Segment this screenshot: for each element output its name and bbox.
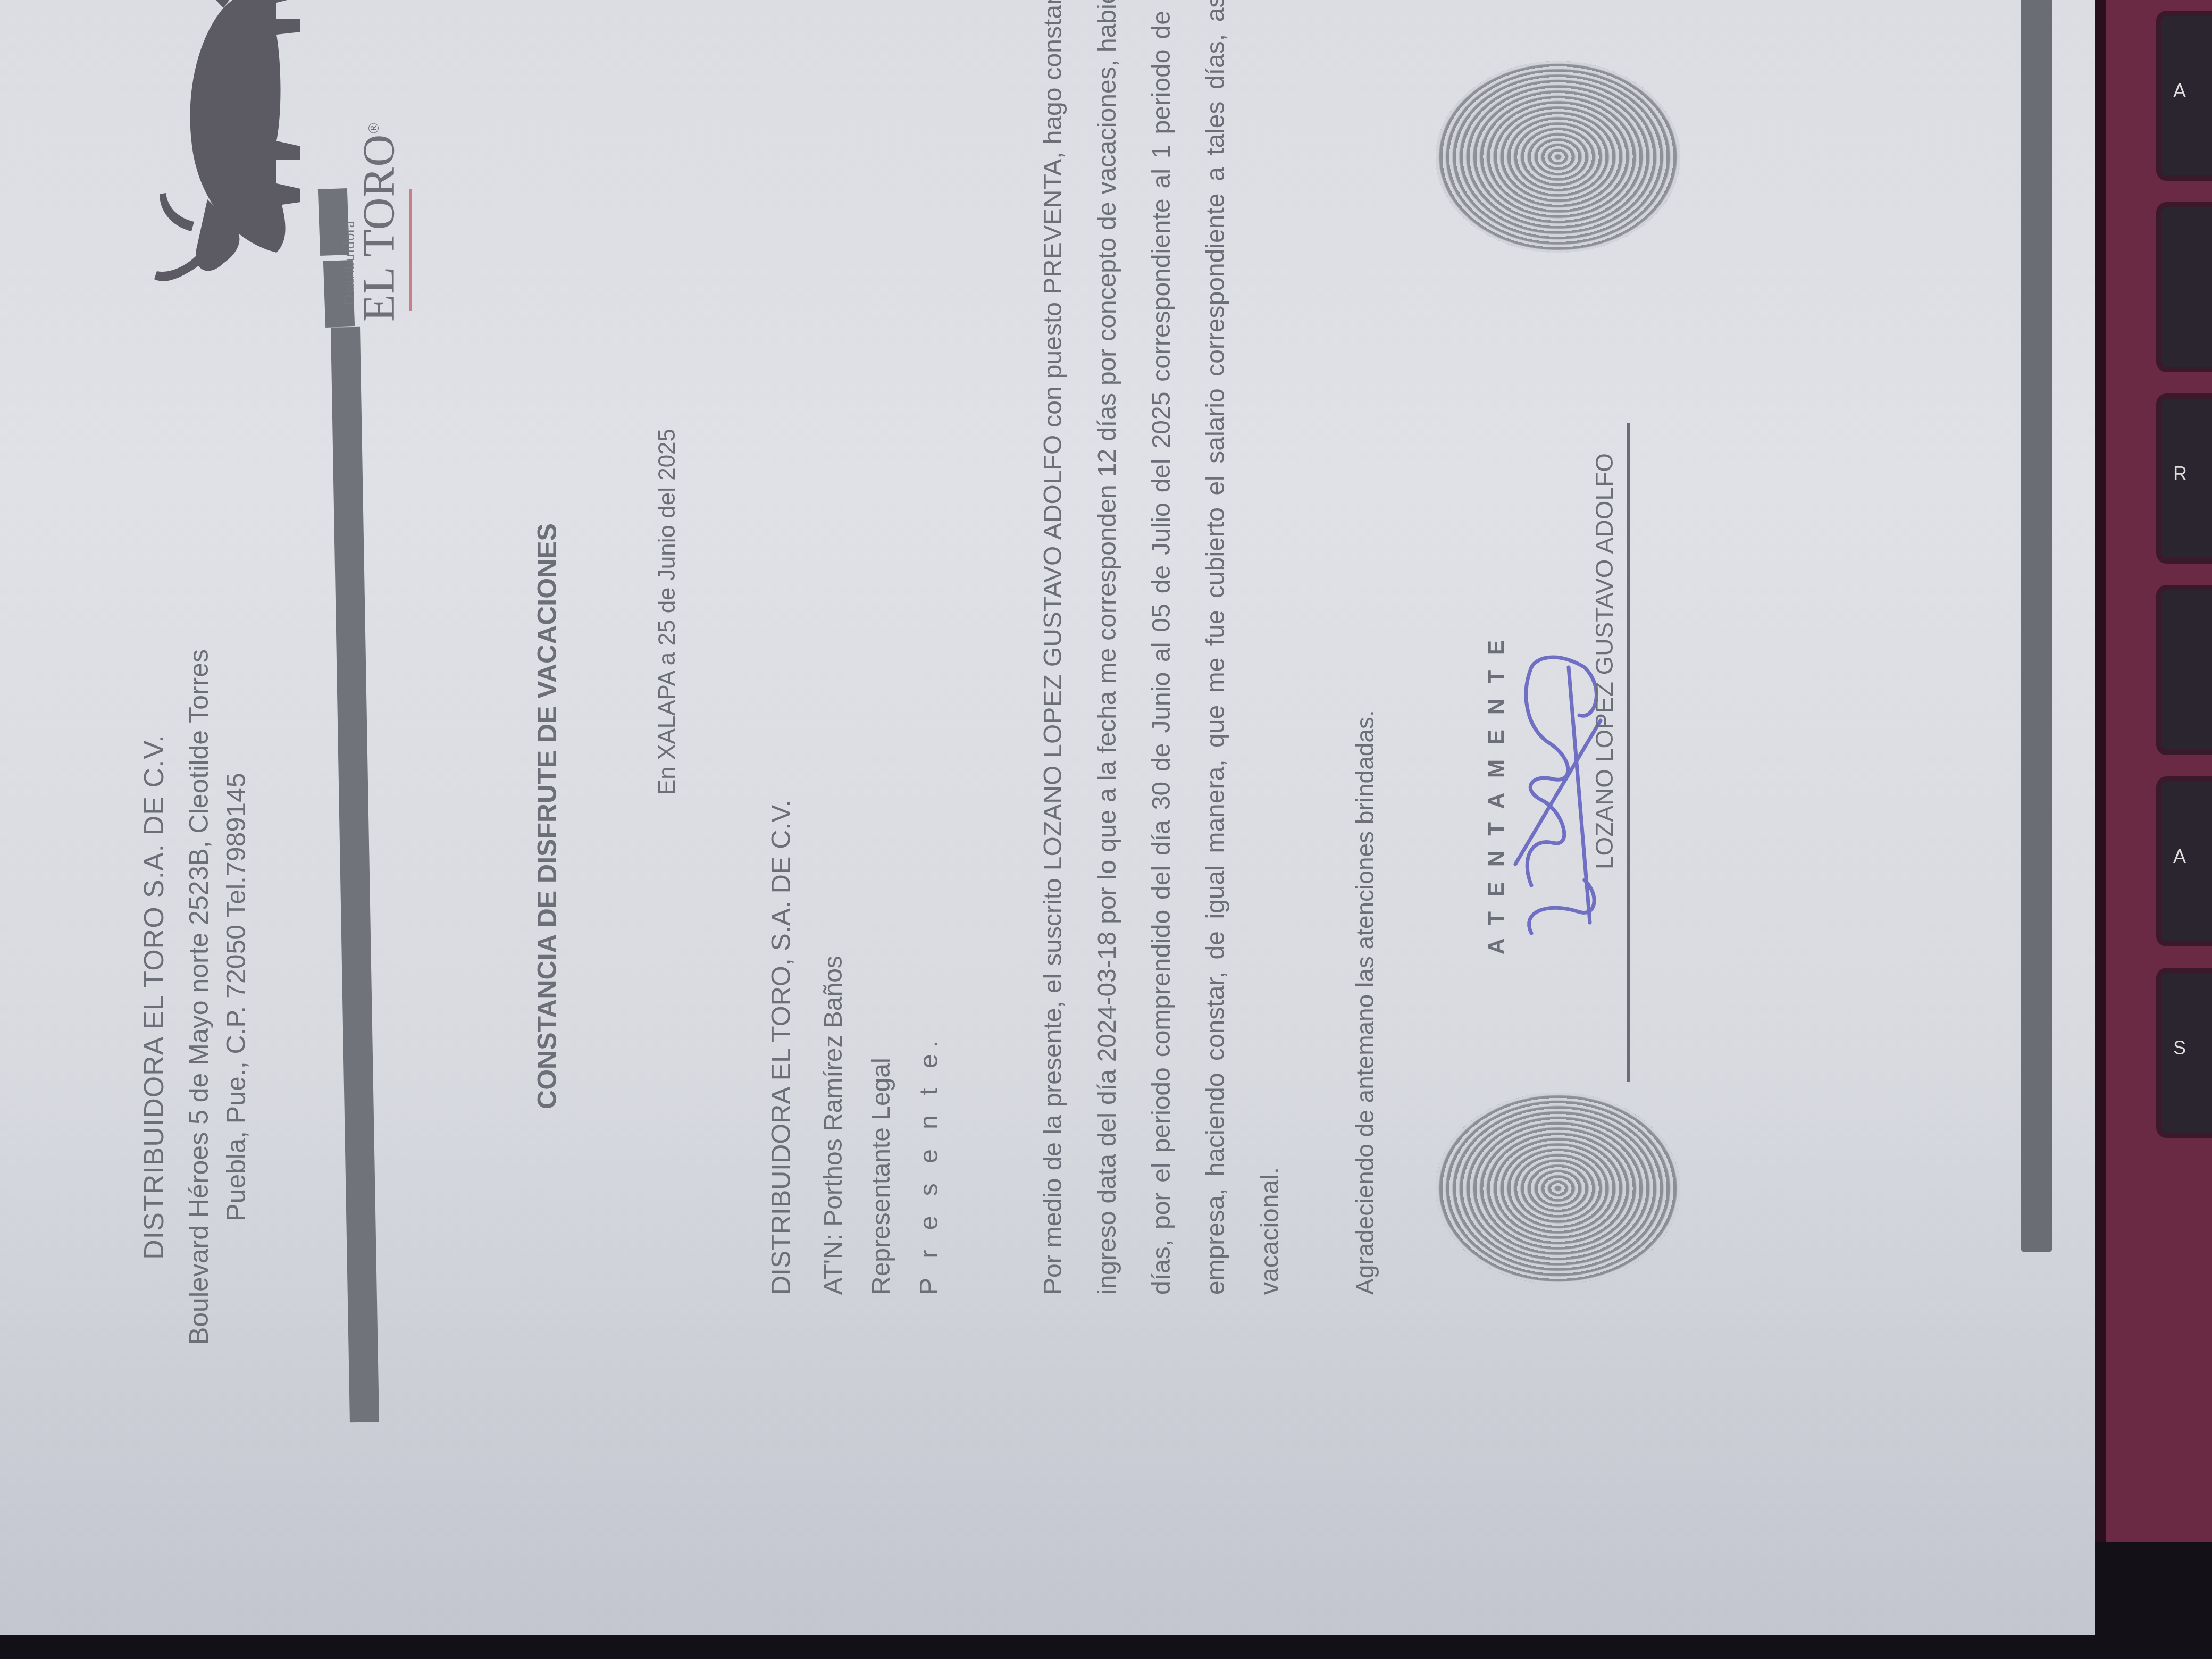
addressee-company: DISTRIBUIDORA EL TORO, S.A. DE C.V. — [766, 800, 797, 1295]
signer-name: LOZANO LOPEZ GUSTAVO ADOLFO — [1590, 453, 1619, 869]
signature-line — [1627, 423, 1630, 1082]
keyboard-key — [2156, 202, 2212, 372]
header-company-name: DISTRIBUIDORA EL TORO S.A. DE C.V. — [138, 359, 170, 1635]
keyboard-background: A R A S — [2106, 0, 2212, 1659]
key-label: S — [2173, 1037, 2186, 1059]
addressee-greeting: P r e s e n t e. — [915, 1034, 944, 1295]
body-paragraph: Por medio de la presente, el suscrito LO… — [1026, 0, 1297, 1295]
keyboard-key: R — [2156, 393, 2212, 564]
keyboard-key: A — [2156, 11, 2212, 181]
registered-mark: ® — [366, 122, 382, 134]
key-label: A — [2173, 845, 2186, 868]
keyboard-key — [2156, 585, 2212, 755]
footer-decorative-bar — [2021, 0, 2052, 1252]
header-address-line-2: Puebla, Pue., C.P. 72050 Tel.7989145 — [221, 359, 252, 1635]
key-label: A — [2173, 80, 2186, 102]
bull-icon — [117, 0, 340, 316]
addressee-role: Representante Legal — [867, 1058, 896, 1295]
date-line: En XALAPA a 25 de Junio del 2025 — [654, 429, 681, 795]
logo-brand-name: EL TORO® — [354, 122, 405, 322]
header-decorative-bar — [331, 327, 379, 1423]
keyboard-key: A — [2156, 776, 2212, 946]
document-page: DISTRIBUIDORA EL TORO S.A. DE C.V. Boule… — [0, 0, 2095, 1635]
keyboard-key: S — [2156, 968, 2212, 1138]
logo-underline — [409, 189, 412, 311]
document-title: CONSTANCIA DE DISFRUTE DE VACACIONES — [532, 0, 563, 1635]
header-address-line-1: Boulevard Héroes 5 de Mayo norte 2523B, … — [183, 359, 214, 1635]
closing-line: Agradeciendo de antemano las atenciones … — [1351, 710, 1379, 1295]
key-label: R — [2173, 463, 2187, 485]
fingerprint-mark — [1436, 61, 1680, 253]
fingerprint-mark — [1436, 1093, 1680, 1284]
addressee-attention: AT'N: Porthos Ramírez Baños — [819, 956, 848, 1295]
logo-brand-text: EL TORO — [355, 134, 404, 322]
